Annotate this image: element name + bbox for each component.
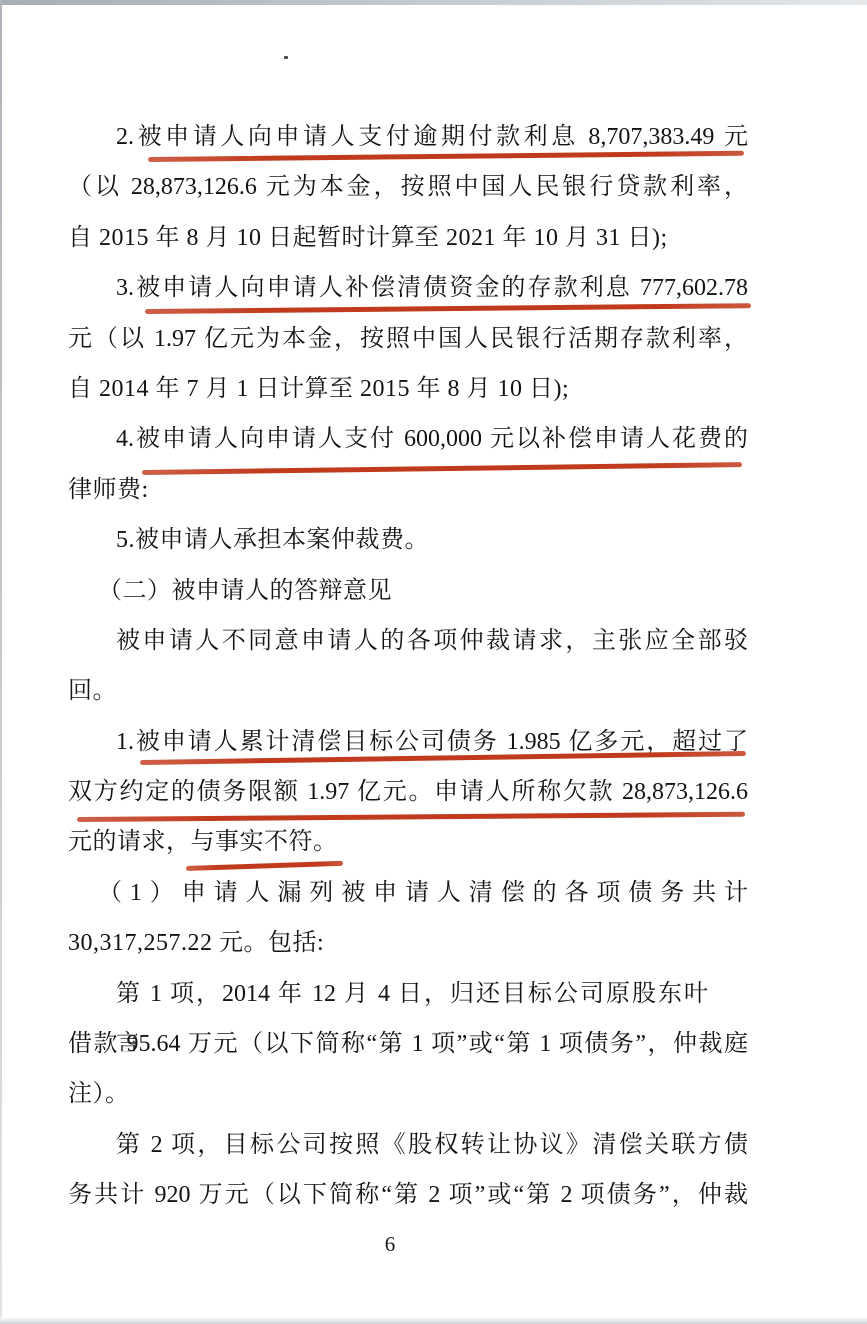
text-line: 注）。 [68,1069,748,1119]
text-line-content: 第 1 项，2014 年 12 月 4 日，归还目标公司原股东叶 [116,981,710,1007]
text-line-content: 自 2014 年 7 月 1 日计算至 2015 年 8 月 10 日); [68,376,569,402]
text-line-content: 5.被申请人承担本案仲裁费。 [116,527,429,553]
text-line: 借款 95.64 万元（以下简称“第 1 项”或“第 1 项债务”，仲裁庭 [68,1019,748,1069]
text-line: 第 1 项，2014 年 12 月 4 日，归还目标公司原股东叶言 [68,969,748,1019]
scan-artifact-dot [284,56,288,59]
text-line-content: （二）被申请人的答辩意见 [98,578,392,604]
document-body: 2.被申请人向申请人支付逾期付款利息 8,707,383.49 元（以 28,8… [68,112,748,1221]
text-line-content: （以 28,873,126.6 元为本金，按照中国人民银行贷款利率， [68,174,748,200]
text-line-content: 回。 [68,678,117,704]
text-line: 双方约定的债务限额 1.97 亿元。申请人所称欠款 28,873,126.6 [68,767,748,817]
text-line-content: 律师费: [68,477,149,503]
text-line-content: 3.被申请人向申请人补偿清债资金的存款利息 777,602.78 [116,275,748,301]
scan-edge-top [0,0,867,5]
text-line-content: 自 2015 年 8 月 10 日起暂时计算至 2021 年 10 月 31 日… [68,225,668,251]
text-line: 被申请人不同意申请人的各项仲裁请求，主张应全部驳 [68,616,748,666]
text-line: 30,317,257.22 元。包括: [68,918,748,968]
text-line: 4.被申请人向申请人支付 600,000 元以补偿申请人花费的 [68,414,748,464]
text-line-content: 1.被申请人累计清偿目标公司债务 1.985 亿多元，超过了 [116,729,748,755]
text-line-content: 被申请人不同意申请人的各项仲裁请求，主张应全部驳 [116,628,748,654]
text-line: （1）申请人漏列被申请人清偿的各项债务共计 [68,868,748,918]
text-line-content: 借款 95.64 万元（以下简称“第 1 项”或“第 1 项债务”，仲裁庭 [68,1031,748,1057]
text-line: 回。 [68,666,748,716]
text-line: 5.被申请人承担本案仲裁费。 [68,515,748,565]
scan-edge-bottom [0,1317,867,1324]
text-line: 务共计 920 万元（以下简称“第 2 项”或“第 2 项债务”，仲裁 [68,1170,748,1220]
scan-edge-left [0,0,2,1324]
text-line-content: 30,317,257.22 元。包括: [68,930,324,956]
text-line-content: 务共计 920 万元（以下简称“第 2 项”或“第 2 项债务”，仲裁 [68,1182,748,1208]
text-line-content: 第 2 项，目标公司按照《股权转让协议》清偿关联方债 [116,1132,748,1158]
text-line: 自 2014 年 7 月 1 日计算至 2015 年 8 月 10 日); [68,364,748,414]
text-line: 自 2015 年 8 月 10 日起暂时计算至 2021 年 10 月 31 日… [68,213,748,263]
text-line-content: 元的请求，与事实不符。 [68,829,338,855]
text-line: 元的请求，与事实不符。 [68,817,748,867]
text-line-content: 双方约定的债务限额 1.97 亿元。申请人所称欠款 28,873,126.6 [68,779,748,805]
text-line-content: 元（以 1.97 亿元为本金，按照中国人民银行活期存款利率， [68,326,748,352]
page-number: 6 [60,1232,720,1257]
text-line: （以 28,873,126.6 元为本金，按照中国人民银行贷款利率， [68,162,748,212]
document-page: 2.被申请人向申请人支付逾期付款利息 8,707,383.49 元（以 28,8… [0,0,867,1324]
text-line: （二）被申请人的答辩意见 [68,566,748,616]
text-line: 元（以 1.97 亿元为本金，按照中国人民银行活期存款利率， [68,314,748,364]
text-line-content: 2.被申请人向申请人支付逾期付款利息 8,707,383.49 元 [116,124,748,150]
text-line-content: 4.被申请人向申请人支付 600,000 元以补偿申请人花费的 [116,426,748,452]
text-line-content: （1）申请人漏列被申请人清偿的各项债务共计 [98,880,748,906]
text-line-content: 注）。 [68,1081,130,1107]
text-line: 第 2 项，目标公司按照《股权转让协议》清偿关联方债 [68,1120,748,1170]
